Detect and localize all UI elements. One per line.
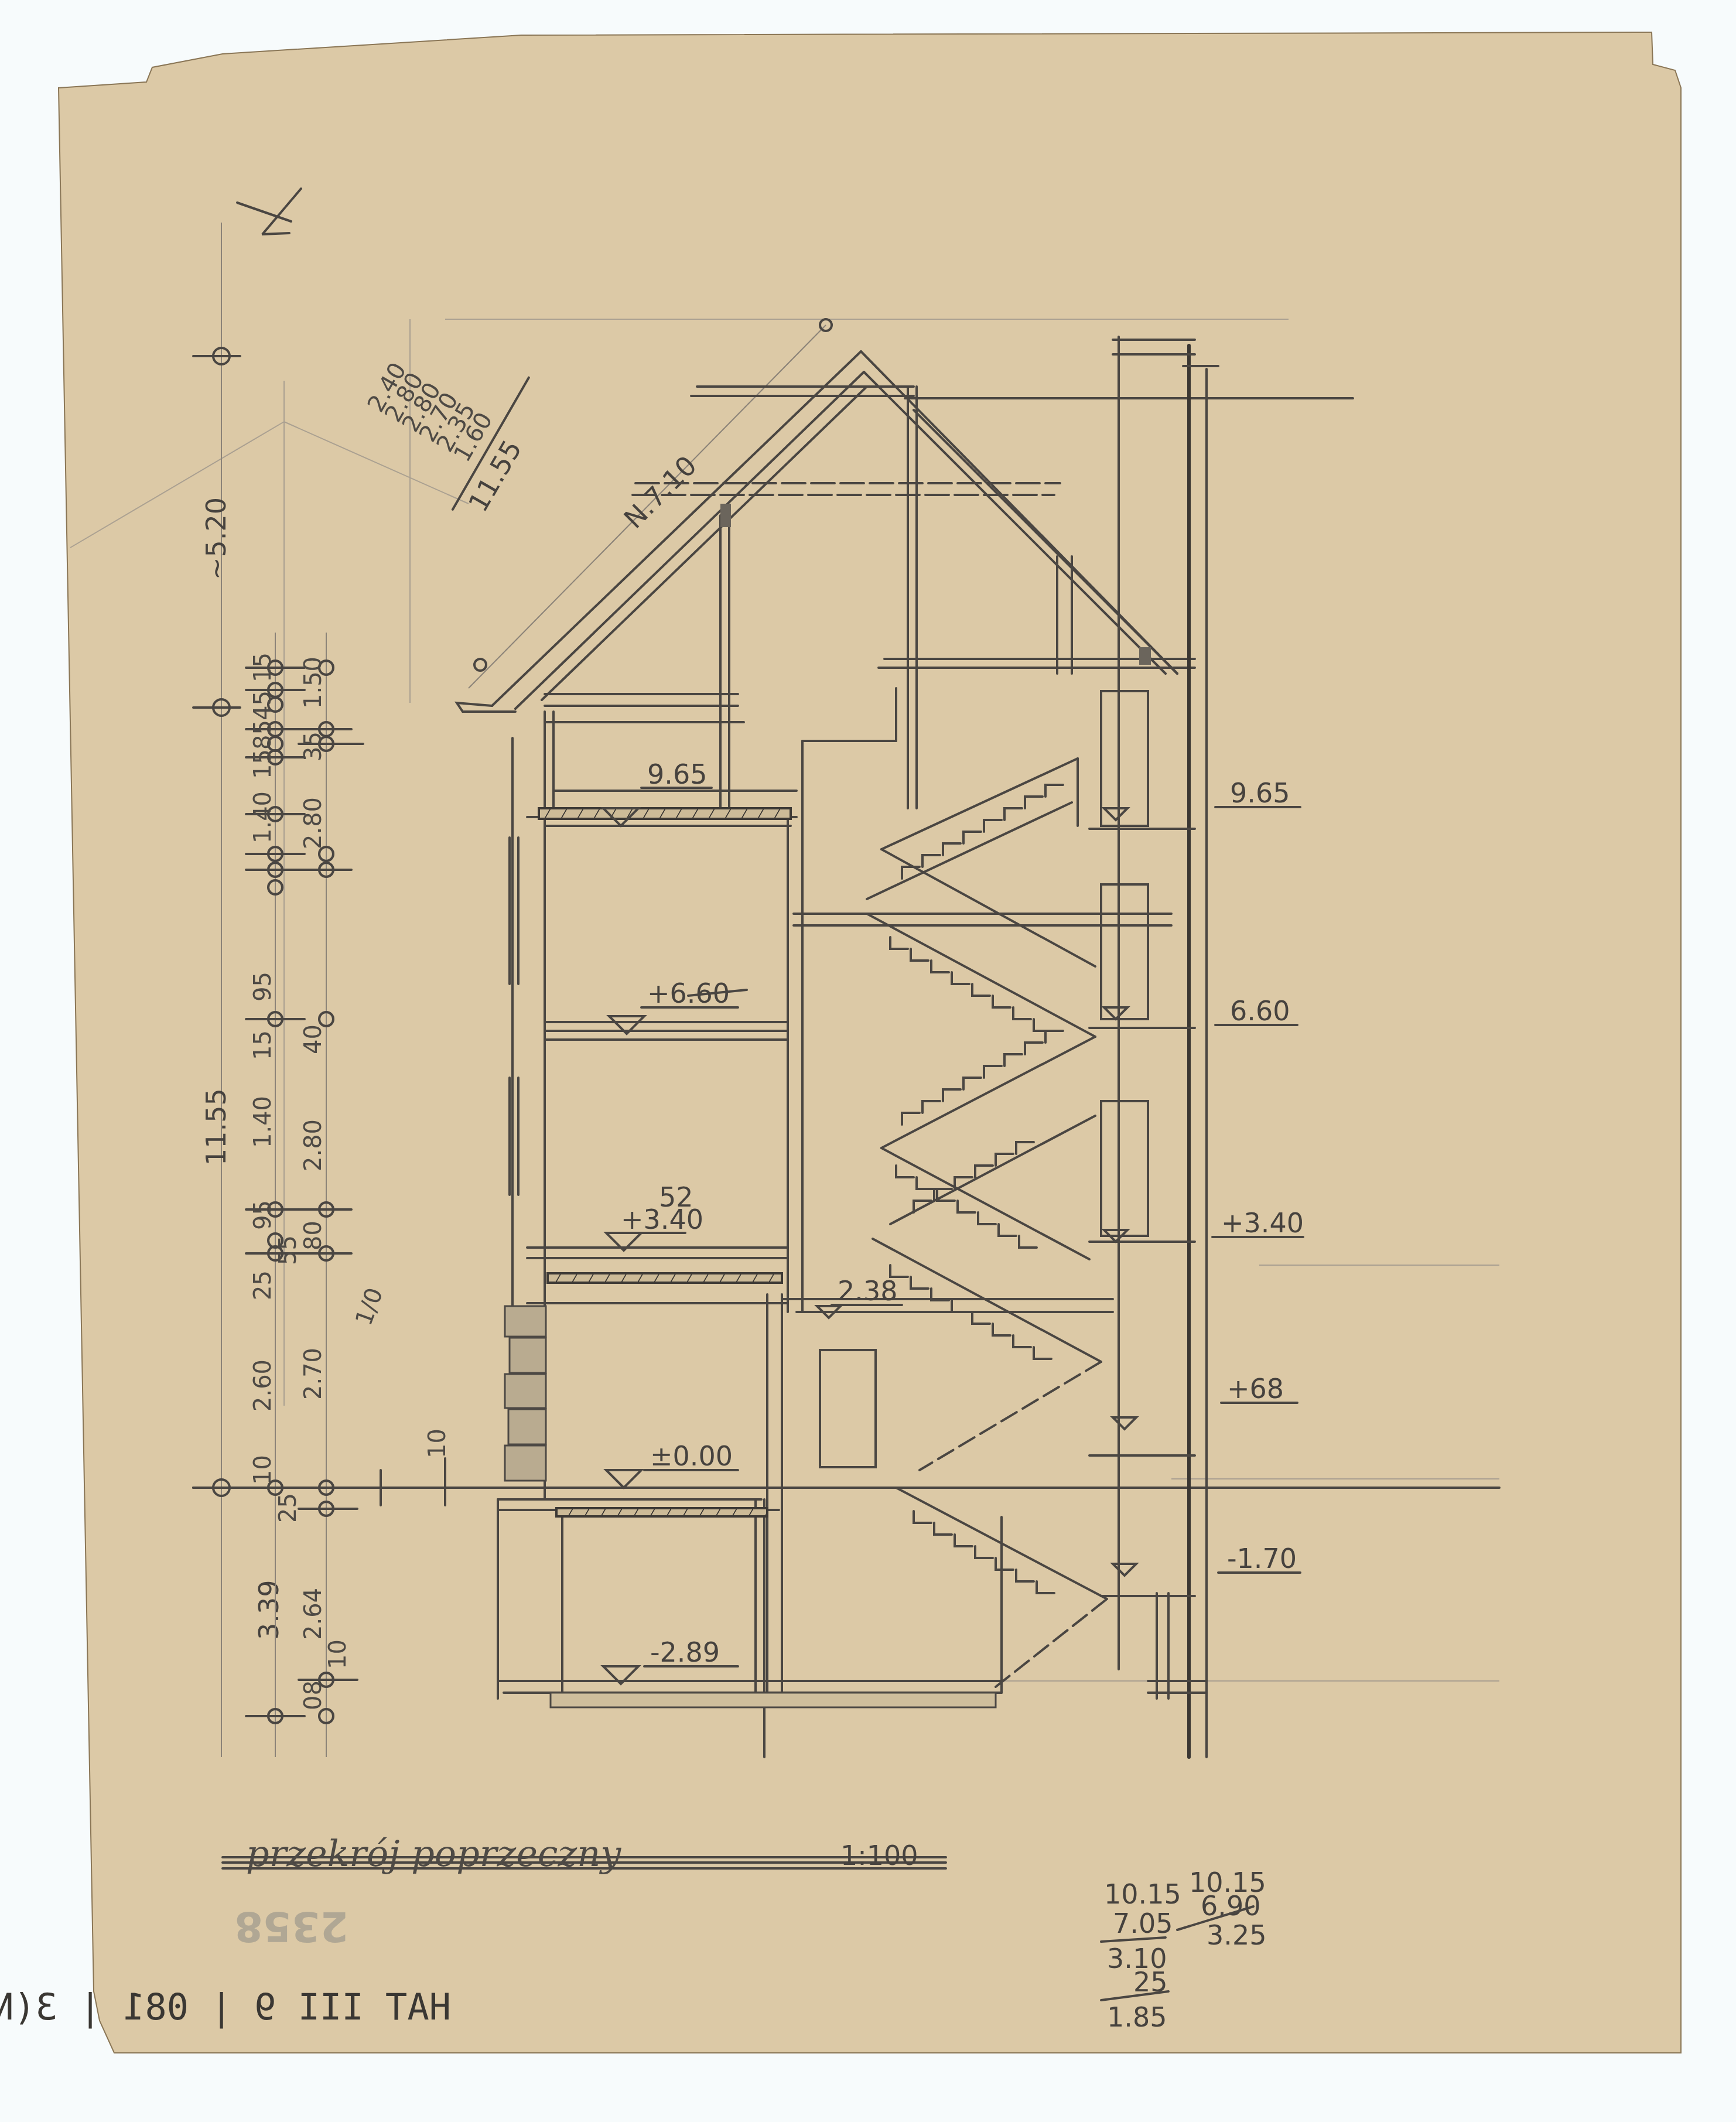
slab-first [548,1273,782,1283]
dim-m-7: 95 [250,972,276,1002]
slab-ground [556,1508,767,1516]
dim-i-6: 2.70 [300,1348,327,1400]
stone-plinth [505,1306,546,1481]
drawing-scale: 1:100 [840,1840,918,1871]
ground-tick: 10 [424,1429,451,1458]
dim-i-1: 35 [300,732,327,761]
svg-text:3.25: 3.25 [1207,1919,1266,1951]
dim-building-height: 11.55 [200,1088,232,1166]
dim-m-0: 15 [250,652,276,682]
dim-i-basement: 2.64 [300,1588,327,1640]
level-label-minus-2-89: -2.89 [650,1636,720,1668]
dim-m-4: 85 [250,720,276,750]
dim-i-4: 2.80 [300,1119,327,1171]
dim-i-3: 40 [300,1024,327,1054]
dim-m-8: 15 [250,1030,276,1060]
dim-roof-height: ~5.20 [200,497,232,580]
dim-m-11: 95 [250,1200,276,1230]
slab-attic [539,808,791,819]
right-level-9-65: 9.65 [1230,777,1290,809]
dim-m-6: 1.40 [250,791,276,843]
level-label-9-65: 9.65 [647,758,707,790]
drawing-title: przekrój poprzeczny [246,1832,621,1875]
dim-m-10: 1.40 [250,1096,276,1148]
archive-number-faint: 2358 [234,1902,348,1950]
dim-m-15: 10 [250,1455,276,1485]
right-level-68: +68 [1227,1373,1284,1405]
dim-m-13: 25 [250,1270,276,1300]
level-label-0-00: ±0.00 [650,1440,733,1472]
dim-m-14: 2.60 [250,1359,276,1412]
dim-basement-height: 3.39 [253,1580,285,1640]
svg-text:1.85: 1.85 [1107,2001,1167,2033]
svg-text:10.15: 10.15 [1104,1878,1181,1910]
dim-i-5: 80 [300,1221,327,1250]
archive-stamp: HAT III 9 | 081 | 3(N3) [0,1986,451,2029]
right-level-6-60: 6.60 [1230,995,1290,1027]
dim-m-12: 55 [275,1235,302,1265]
level-label-2-38: 2.38 [838,1275,897,1307]
dim-m-1: 45 [250,691,276,720]
dim-i-8: 10 [324,1639,351,1669]
dim-m-16: 25 [275,1493,302,1523]
right-level-minus-1-70: -1.70 [1227,1543,1297,1574]
dim-i-9: 08 [300,1680,327,1710]
dim-i-0: 1.50 [300,657,327,709]
drawing-sheet: ~5.20 11.55 3.39 15 45 85 15 1.40 95 15 … [0,0,1736,2122]
basement-footing [551,1693,996,1707]
dim-m-5: 15 [250,749,276,779]
dim-i-2: 2.80 [300,797,327,849]
svg-text:7.05: 7.05 [1113,1908,1173,1939]
right-level-3-40: +3.40 [1221,1207,1304,1239]
level-correction: 52 [659,1181,693,1213]
